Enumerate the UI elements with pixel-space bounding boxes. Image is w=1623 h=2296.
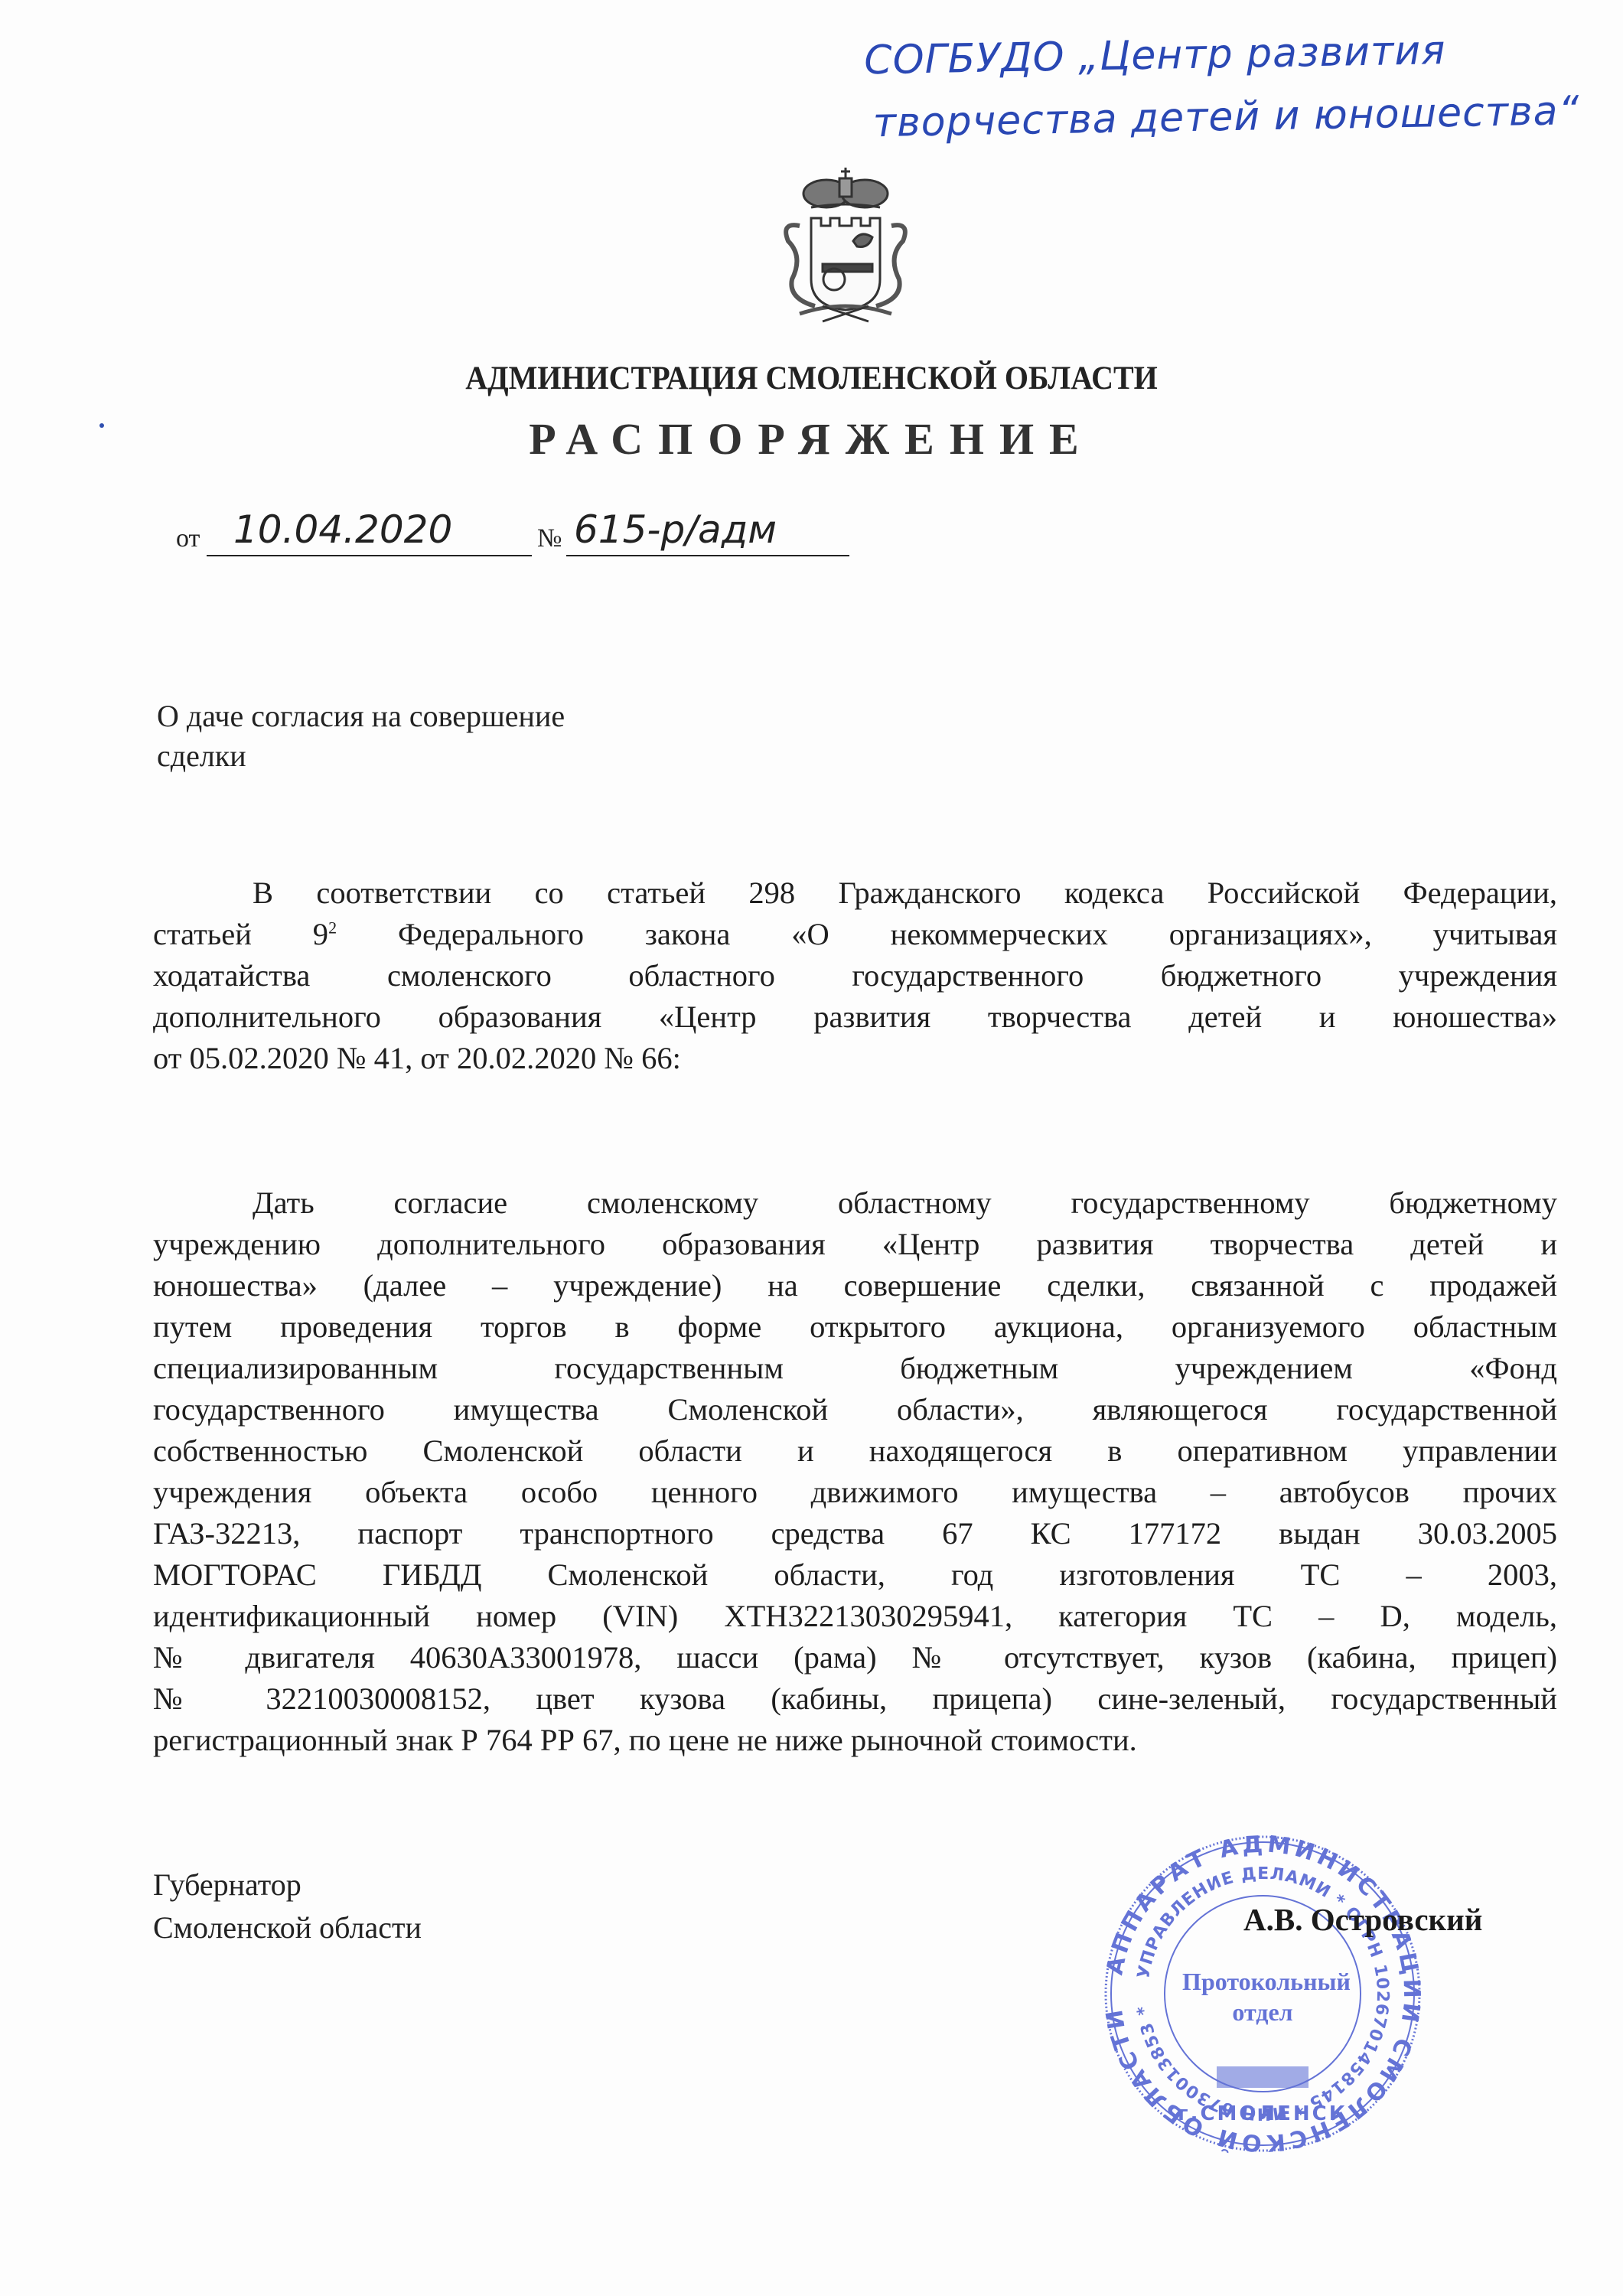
order-line: МОГТОРАС ГИБДД Смоленской области, год и… [153,1554,1557,1596]
order-line: путем проведения торгов в форме открытог… [153,1306,1557,1348]
number-value: 615-р/адм [574,507,777,552]
official-stamp-icon: АППАРАТ АДМИНИСТРАЦИИ СМОЛЕНСКОЙ ОБЛАСТИ… [1102,1833,1423,2154]
preamble-line: ходатайства смоленского областного госуд… [153,955,1557,996]
preamble-line: статьей 92 Федерального закона «О некомм… [153,914,1557,955]
date-number-line: от 10.04.2020 № 615-р/адм [176,501,865,563]
date-underline [207,555,532,556]
number-label: № [537,524,562,553]
date-value: 10.04.2020 [233,507,452,552]
position-line-2: Смоленской области [153,1906,422,1949]
preamble-paragraph: В соответствии со статьей 298 Гражданско… [153,872,1557,1079]
handwritten-line-2: творчества детей и юношества“ [865,80,1600,155]
order-line: Дать согласие смоленскому областному гос… [153,1182,1557,1224]
order-line: учреждения объекта особо ценного движимо… [153,1472,1557,1513]
order-line: № 32210030008152, цвет кузова (кабины, п… [153,1678,1557,1720]
order-line: юношества» (далее – учреждение) на совер… [153,1265,1557,1306]
document-subject: О даче согласия на совершение сделки [157,696,565,776]
number-underline [566,555,849,556]
order-line: специализированным государственным бюдже… [153,1348,1557,1389]
subject-line-2: сделки [157,736,565,776]
article-ref: статьей 9 [153,917,328,951]
svg-text:отдел: отдел [1232,1998,1292,2026]
order-line: регистрационный знак Р 764 РР 67, по цен… [153,1720,1557,1761]
document-page: СОГБУДО „Центр развития творчества детей… [0,0,1623,2296]
svg-text:Протокольный: Протокольный [1182,1968,1351,1995]
order-line: № двигателя 40630А33001978, шасси (рама)… [153,1637,1557,1678]
document-type-title: РАСПОРЯЖЕНИЕ [0,413,1623,465]
handwritten-annotation: СОГБУДО „Центр развития творчества детей… [864,17,1601,155]
order-line: идентификационный номер (VIN) XTH3221303… [153,1596,1557,1637]
position-line-1: Губернатор [153,1864,422,1906]
article-superscript: 2 [328,918,337,938]
coat-of-arms-icon [769,165,922,329]
order-paragraph: Дать согласие смоленскому областному гос… [153,1182,1557,1761]
svg-text:г.СМОЛЕНСК: г.СМОЛЕНСК [1178,2102,1348,2125]
subject-line-1: О даче согласия на совершение [157,696,565,736]
date-label: от [176,524,200,553]
signatory-position: Губернатор Смоленской области [153,1864,422,1949]
order-line: государственного имущества Смоленской об… [153,1389,1557,1430]
preamble-line: дополнительного образования «Центр разви… [153,996,1557,1038]
signatory-name: А.В. Островский [1243,1901,1482,1938]
order-line: собственностью Смоленской области и нахо… [153,1430,1557,1472]
organization-name: АДМИНИСТРАЦИЯ СМОЛЕНСКОЙ ОБЛАСТИ [57,360,1566,397]
preamble-line: В соответствии со статьей 298 Гражданско… [153,872,1557,914]
law-ref: Федерального закона «О некоммерческих ор… [398,917,1557,951]
order-line: ГАЗ-32213, паспорт транспортного средств… [153,1513,1557,1554]
preamble-line: от 05.02.2020 № 41, от 20.02.2020 № 66: [153,1038,1557,1079]
order-line: учреждению дополнительного образования «… [153,1224,1557,1265]
